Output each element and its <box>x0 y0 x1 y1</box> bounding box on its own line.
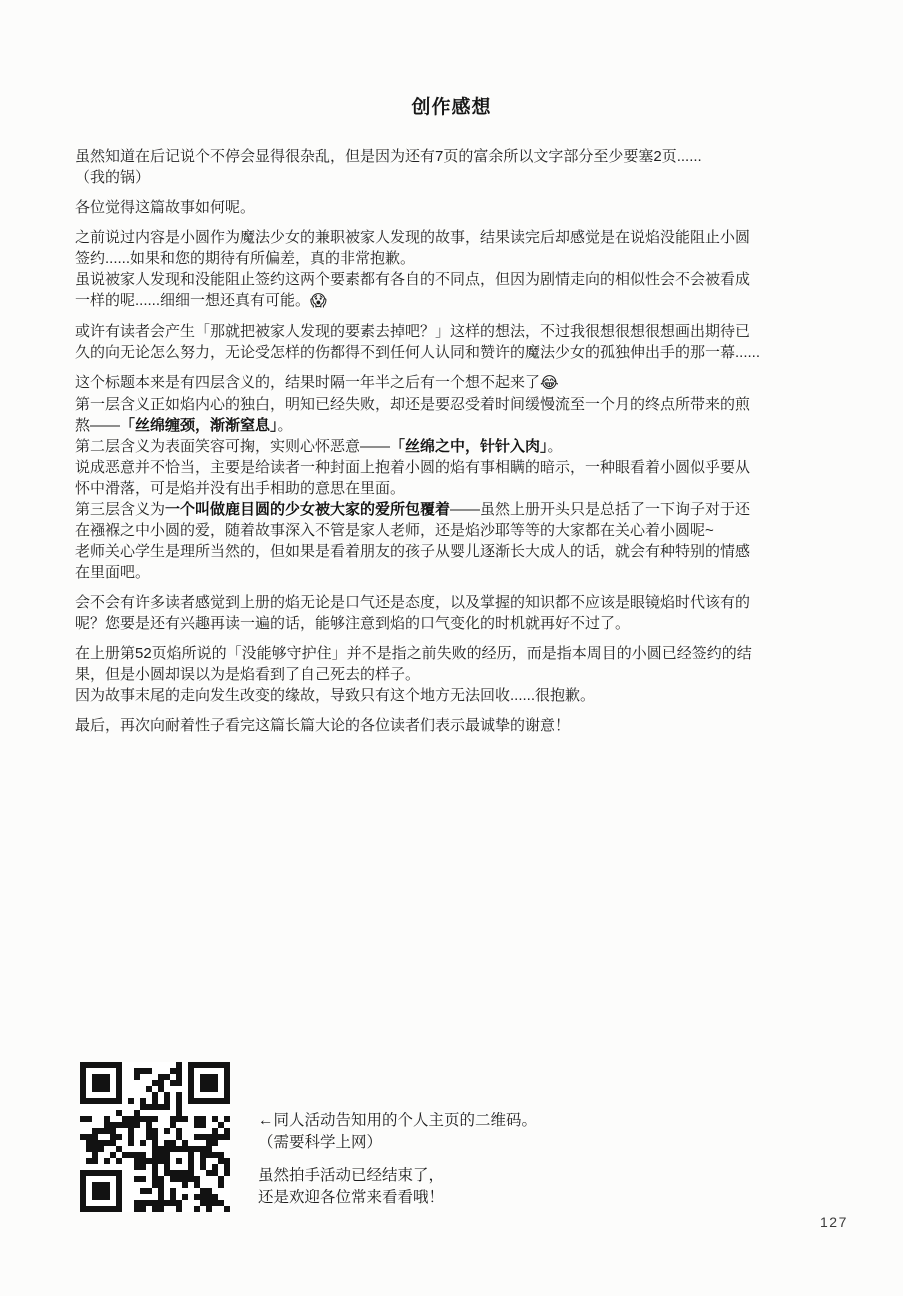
text-segment: 一样的呢......细细一想还真有可能。 <box>75 292 310 309</box>
text-line: 之前说过内容是小圆作为魔法少女的兼职被家人发现的故事，结果读完后却感觉是在说焰没… <box>75 227 853 248</box>
paragraph: 虽然知道在后记说个不停会显得很杂乱，但是因为还有7页的富余所以文字部分至少要塞2… <box>75 146 853 188</box>
text-segment: 或许有读者会产生「那就把被家人发现的要素去掉吧？」这样的想法，不过我很想很想很想… <box>75 323 750 340</box>
text-line: 果，但是小圆却误以为是焰看到了自己死去的样子。 <box>75 664 853 685</box>
text-line: 老师关心学生是理所当然的，但如果是看着朋友的孩子从婴儿逐渐长大成人的话，就会有种… <box>75 541 853 562</box>
text-line: 在上册第52页焰所说的「没能够守护住」并不是指之前失败的经历，而是指本周目的小圆… <box>75 643 853 664</box>
paragraph: 各位觉得这篇故事如何呢。 <box>75 197 853 218</box>
text-segment: 各位觉得这篇故事如何呢。 <box>75 199 255 216</box>
paragraph: 之前说过内容是小圆作为魔法少女的兼职被家人发现的故事，结果读完后却感觉是在说焰没… <box>75 227 853 312</box>
text-segment: 在里面吧。 <box>75 564 150 581</box>
text-line: 久的向无论怎么努力，无论受怎样的伤都得不到任何人认同和赞许的魔法少女的孤独伸出手… <box>75 342 853 363</box>
text-line: 熬——「丝绵缠颈，渐渐窒息」。 <box>75 415 853 436</box>
text-line: 怀中滑落，可是焰并没有出手相助的意思在里面。 <box>75 478 853 499</box>
text-line: （我的锅） <box>75 167 853 188</box>
text-line: 一样的呢......细细一想还真有可能。😱 <box>75 290 853 312</box>
afterword-page: 创作感想 虽然知道在后记说个不停会显得很杂乱，但是因为还有7页的富余所以文字部分… <box>0 0 903 1296</box>
text-segment: 这个标题本来是有四层含义的，结果时隔一年半之后有一个想不起来了 <box>75 374 540 391</box>
text-segment: 。 <box>548 438 563 455</box>
qr-caption-line: 虽然拍手活动已经结束了， <box>258 1165 537 1187</box>
text-segment: 「丝绵缠颈，渐渐窒息」 <box>120 417 278 434</box>
text-line: 呢？您要是还有兴趣再读一遍的话，能够注意到焰的口气变化的时机就再好不过了。 <box>75 613 853 634</box>
text-line: 在里面吧。 <box>75 562 853 583</box>
afterword-text: 虽然知道在后记说个不停会显得很杂乱，但是因为还有7页的富余所以文字部分至少要塞2… <box>75 146 853 736</box>
text-segment: 久的向无论怎么努力，无论受怎样的伤都得不到任何人认同和赞许的魔法少女的孤独伸出手… <box>75 344 760 361</box>
text-line: 虽说被家人发现和没能阻止签约这两个要素都有各自的不同点，但因为剧情走向的相似性会… <box>75 269 853 290</box>
text-segment: 最后，再次向耐着性子看完这篇长篇大论的各位读者们表示最诚挚的谢意！ <box>75 717 570 734</box>
text-segment: 一个叫做鹿目圆的少女被大家的爱所包覆着 <box>165 501 450 518</box>
text-line: 或许有读者会产生「那就把被家人发现的要素去掉吧？」这样的想法，不过我很想很想很想… <box>75 321 853 342</box>
text-segment: 。 <box>278 417 293 434</box>
text-line: 会不会有许多读者感觉到上册的焰无论是口气还是态度，以及掌握的知识都不应该是眼镜焰… <box>75 592 853 613</box>
text-segment: 果，但是小圆却误以为是焰看到了自己死去的样子。 <box>75 666 420 683</box>
text-line: 这个标题本来是有四层含义的，结果时隔一年半之后有一个想不起来了😂 <box>75 372 853 394</box>
text-line: 第三层含义为一个叫做鹿目圆的少女被大家的爱所包覆着——虽然上册开头只是总括了一下… <box>75 499 853 520</box>
text-segment: 「丝绵之中，针针入肉」 <box>390 438 548 455</box>
text-line: 最后，再次向耐着性子看完这篇长篇大论的各位读者们表示最诚挚的谢意！ <box>75 715 853 736</box>
qr-caption-line: ←同人活动告知用的个人主页的二维码。 <box>258 1110 537 1132</box>
text-segment: 在襁褓之中小圆的爱，随着故事深入不管是家人老师，还是焰沙耶等等的大家都在关心着小… <box>75 522 714 539</box>
page-title: 创作感想 <box>0 0 903 119</box>
qr-note: 虽然拍手活动已经结束了，还是欢迎各位常来看看哦！ <box>258 1165 537 1209</box>
emoji: 😂 <box>540 375 559 392</box>
text-line: 因为故事末尾的走向发生改变的缘故，导致只有这个地方无法回收......很抱歉。 <box>75 685 853 706</box>
paragraph: 或许有读者会产生「那就把被家人发现的要素去掉吧？」这样的想法，不过我很想很想很想… <box>75 321 853 363</box>
paragraph: 在上册第52页焰所说的「没能够守护住」并不是指之前失败的经历，而是指本周目的小圆… <box>75 643 853 706</box>
text-line: 说成恶意并不恰当，主要是给读者一种封面上抱着小圆的焰有事相瞒的暗示，一种眼看着小… <box>75 457 853 478</box>
text-segment: 熬—— <box>75 417 120 434</box>
qr-caption-block: ←同人活动告知用的个人主页的二维码。（需要科学上网） 虽然拍手活动已经结束了，还… <box>258 1062 537 1209</box>
text-segment: 怀中滑落，可是焰并没有出手相助的意思在里面。 <box>75 480 405 497</box>
text-segment: 虽然知道在后记说个不停会显得很杂乱，但是因为还有7页的富余所以文字部分至少要塞2… <box>75 148 702 165</box>
text-line: 签约......如果和您的期待有所偏差，真的非常抱歉。 <box>75 248 853 269</box>
text-segment: （我的锅） <box>75 169 150 186</box>
qr-caption-line: （需要科学上网） <box>258 1132 537 1154</box>
text-segment: 第一层含义正如焰内心的独白，明知已经失败，却还是要忍受着时间缓慢流至一个月的终点… <box>75 396 750 413</box>
text-segment: 说成恶意并不恰当，主要是给读者一种封面上抱着小圆的焰有事相瞒的暗示，一种眼看着小… <box>75 459 750 476</box>
text-segment: 签约......如果和您的期待有所偏差，真的非常抱歉。 <box>75 250 415 267</box>
text-line: 各位觉得这篇故事如何呢。 <box>75 197 853 218</box>
text-line: 虽然知道在后记说个不停会显得很杂乱，但是因为还有7页的富余所以文字部分至少要塞2… <box>75 146 853 167</box>
text-segment: ——虽然上册开头只是总括了一下询子对于还 <box>450 501 750 518</box>
text-segment: 会不会有许多读者感觉到上册的焰无论是口气还是态度，以及掌握的知识都不应该是眼镜焰… <box>75 594 750 611</box>
emoji: 😱 <box>310 293 327 310</box>
qr-section: ←同人活动告知用的个人主页的二维码。（需要科学上网） 虽然拍手活动已经结束了，还… <box>80 1062 537 1212</box>
paragraph: 这个标题本来是有四层含义的，结果时隔一年半之后有一个想不起来了😂第一层含义正如焰… <box>75 372 853 583</box>
text-segment: 呢？您要是还有兴趣再读一遍的话，能够注意到焰的口气变化的时机就再好不过了。 <box>75 615 630 632</box>
paragraph: 会不会有许多读者感觉到上册的焰无论是口气还是态度，以及掌握的知识都不应该是眼镜焰… <box>75 592 853 634</box>
page-number: 127 <box>820 1214 848 1230</box>
text-segment: 因为故事末尾的走向发生改变的缘故，导致只有这个地方无法回收......很抱歉。 <box>75 687 595 704</box>
paragraph: 最后，再次向耐着性子看完这篇长篇大论的各位读者们表示最诚挚的谢意！ <box>75 715 853 736</box>
text-segment: 第三层含义为 <box>75 501 165 518</box>
text-segment: 第二层含义为表面笑容可掬，实则心怀恶意—— <box>75 438 390 455</box>
text-segment: 虽说被家人发现和没能阻止签约这两个要素都有各自的不同点，但因为剧情走向的相似性会… <box>75 271 750 288</box>
qr-caption-line: 还是欢迎各位常来看看哦！ <box>258 1187 537 1209</box>
qr-code-image <box>80 1062 230 1212</box>
text-segment: 之前说过内容是小圆作为魔法少女的兼职被家人发现的故事，结果读完后却感觉是在说焰没… <box>75 229 750 246</box>
text-segment: 在上册第52页焰所说的「没能够守护住」并不是指之前失败的经历，而是指本周目的小圆… <box>75 645 752 662</box>
text-line: 第二层含义为表面笑容可掬，实则心怀恶意——「丝绵之中，针针入肉」。 <box>75 436 853 457</box>
text-line: 在襁褓之中小圆的爱，随着故事深入不管是家人老师，还是焰沙耶等等的大家都在关心着小… <box>75 520 853 541</box>
qr-caption: ←同人活动告知用的个人主页的二维码。（需要科学上网） <box>258 1110 537 1154</box>
text-segment: 老师关心学生是理所当然的，但如果是看着朋友的孩子从婴儿逐渐长大成人的话，就会有种… <box>75 543 750 560</box>
text-line: 第一层含义正如焰内心的独白，明知已经失败，却还是要忍受着时间缓慢流至一个月的终点… <box>75 394 853 415</box>
